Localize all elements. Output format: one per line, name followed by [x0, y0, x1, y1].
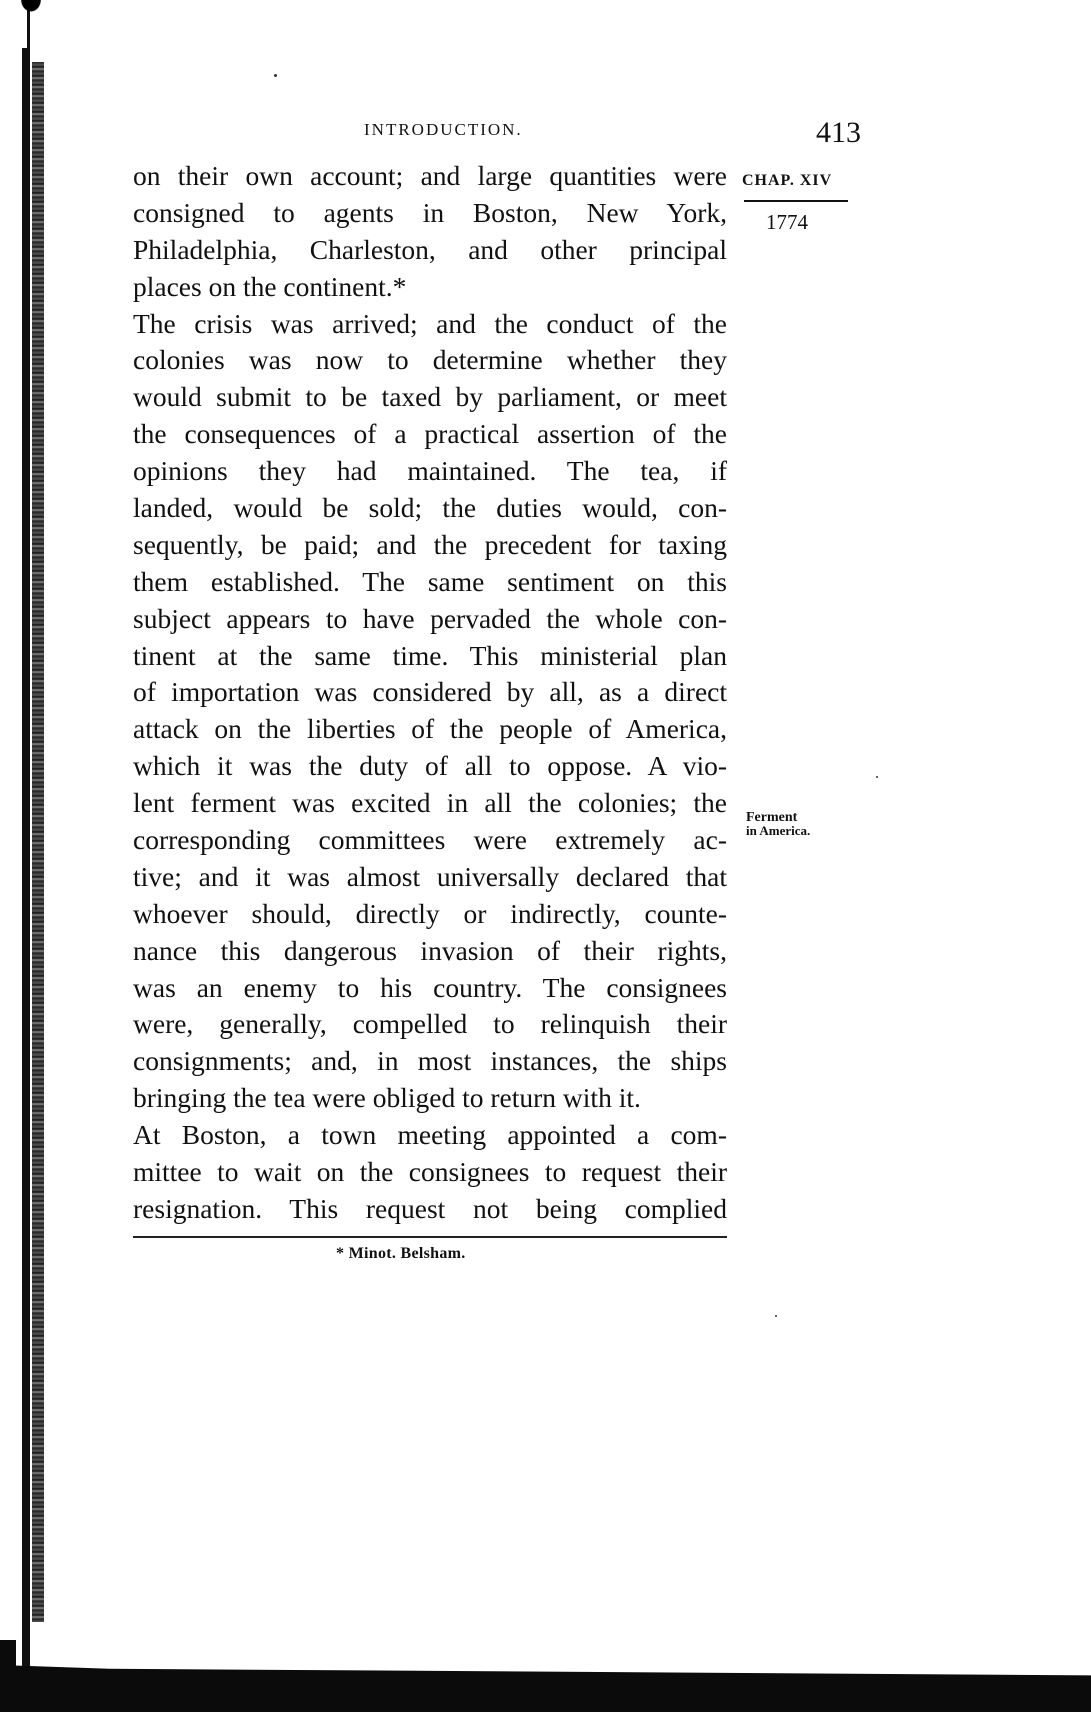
side-note-line: in America.: [746, 824, 810, 837]
margin-chapter-label: CHAP. XIV: [742, 172, 832, 190]
text-line: subject appears to have pervaded the who…: [133, 601, 727, 638]
text-line: colonies was now to determine whether th…: [133, 342, 727, 379]
text-line: lent ferment was excited in all the colo…: [133, 785, 727, 822]
text-line: mittee to wait on the consignees to requ…: [133, 1154, 727, 1191]
text-line: bringing the tea were obliged to return …: [133, 1080, 727, 1117]
text-line: corresponding committees were extremely …: [133, 822, 727, 859]
text-line: resignation. This request not being comp…: [133, 1191, 727, 1228]
text-line: them established. The same sentiment on …: [133, 564, 727, 601]
footnote-rule: [133, 1236, 727, 1238]
text-line: attack on the liberties of the people of…: [133, 711, 727, 748]
text-line: was an enemy to his country. The consign…: [133, 970, 727, 1007]
scan-speck: [876, 776, 878, 778]
scan-speck: [274, 74, 277, 77]
running-head: INTRODUCTION.: [364, 120, 523, 140]
text-line: the consequences of a practical assertio…: [133, 416, 727, 453]
book-spine-edge: [22, 48, 30, 1668]
text-line: were, generally, compelled to relinquish…: [133, 1006, 727, 1043]
text-line: of importation was considered by all, as…: [133, 674, 727, 711]
page-number: 413: [816, 116, 861, 150]
text-line: which it was the duty of all to oppose. …: [133, 748, 727, 785]
text-line: The crisis was arrived; and the conduct …: [133, 306, 727, 343]
text-line: sequently, be paid; and the precedent fo…: [133, 527, 727, 564]
text-line: opinions they had maintained. The tea, i…: [133, 453, 727, 490]
book-spine-top: [19, 0, 43, 14]
margin-rule: [744, 200, 848, 202]
page-bottom-edge: [0, 1665, 1091, 1712]
text-line: tinent at the same time. This ministeria…: [133, 638, 727, 675]
text-line: would submit to be taxed by parliament, …: [133, 379, 727, 416]
margin-year: 1774: [766, 210, 808, 235]
text-line: places on the continent.*: [133, 269, 727, 306]
text-line: whoever should, directly or indirectly, …: [133, 896, 727, 933]
text-line: tive; and it was almost universally decl…: [133, 859, 727, 896]
text-line: on their own account; and large quantiti…: [133, 158, 727, 195]
footnote: * Minot. Belsham.: [336, 1245, 466, 1263]
text-line: consigned to agents in Boston, New York,: [133, 195, 727, 232]
text-line: At Boston, a town meeting appointed a co…: [133, 1117, 727, 1154]
body-text: on their own account; and large quantiti…: [133, 158, 727, 1228]
book-spine-gutter: [32, 62, 44, 1622]
text-line: Philadelphia, Charleston, and other prin…: [133, 232, 727, 269]
text-line: consignments; and, in most instances, th…: [133, 1043, 727, 1080]
scan-speck: [775, 1315, 777, 1317]
text-line: nance this dangerous invasion of their r…: [133, 933, 727, 970]
text-line: landed, would be sold; the duties would,…: [133, 490, 727, 527]
margin-side-note: Ferment in America.: [746, 811, 810, 837]
